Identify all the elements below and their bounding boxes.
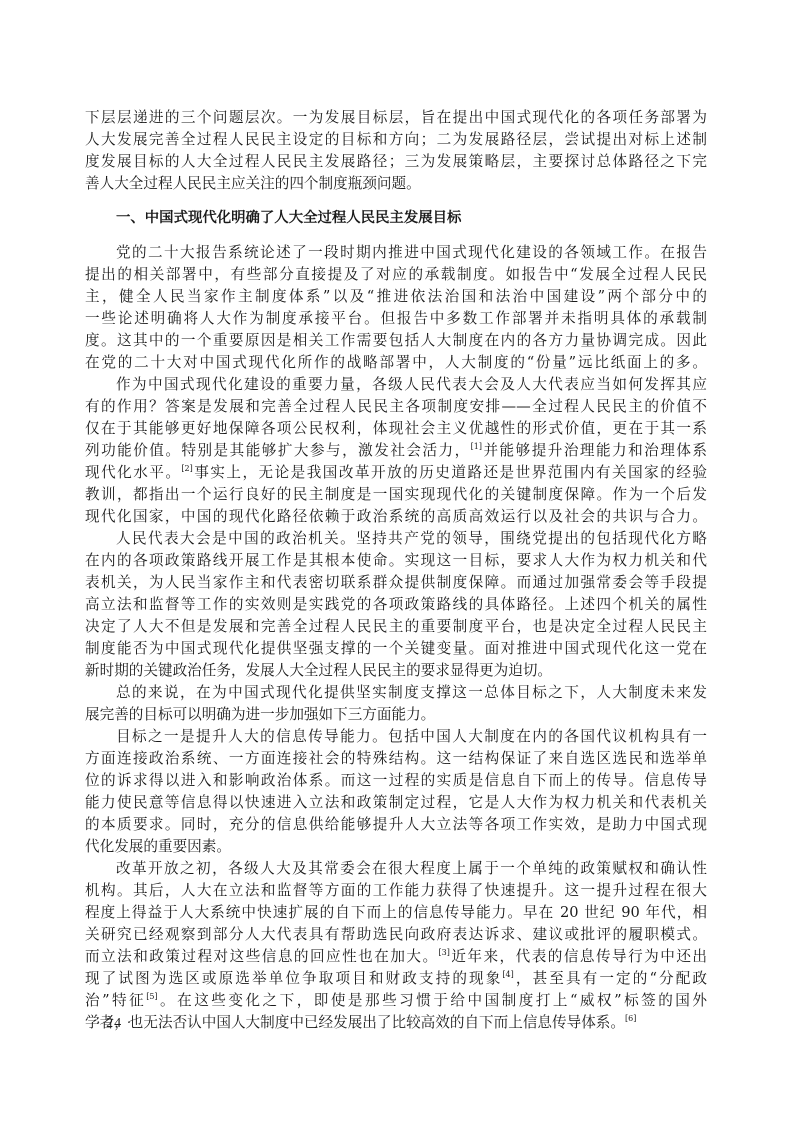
footnote-ref[interactable]: [4]: [502, 970, 513, 979]
text-line: 现了试图为选区或原选举单位争取项目和财政支持的现象[4]，甚至具有一定的“分配政: [85, 968, 707, 990]
text-line: 人民代表大会是中国的政治机关。坚持共产党的领导，围绕党提出的包括现代化方略: [85, 528, 707, 550]
text-line: 位的诉求得以进入和影响政治体系。而这一过程的实质是信息自下而上的传导。信息传导: [85, 770, 707, 792]
text-line: 度发展目标的人大全过程人民民主发展路径；三为发展策略层，主要探讨总体路径之下完: [85, 151, 707, 173]
text-line: 下层层递进的三个问题层次。一为发展目标层，旨在提出中国式现代化的各项任务部署为: [85, 107, 707, 129]
text-line: 展完善的目标可以明确为进一步加强如下三方面能力。: [85, 704, 707, 726]
footnote-ref[interactable]: [1]: [471, 442, 482, 451]
text-line: 一些论述明确将人大作为制度承接平台。但报告中多数工作部署并未指明具体的承载制: [85, 308, 707, 330]
text-line: 人大发展完善全过程人民民主设定的目标和方向；二为发展路径层，尝试提出对标上述制: [85, 129, 707, 151]
text-segment: 学者，也无法否认中国人大制度中已经发展出了比较高效的自下而上信息传导体系。: [85, 1014, 625, 1031]
text-segment: 治”特征: [85, 992, 146, 1009]
footnote-ref[interactable]: [2]: [181, 464, 192, 473]
paragraph: 总的来说，在为中国式现代化提供坚实制度支撑这一总体目标之下，人大制度未来发 展完…: [85, 682, 707, 726]
intro-paragraph: 下层层递进的三个问题层次。一为发展目标层，旨在提出中国式现代化的各项任务部署为 …: [85, 107, 707, 195]
text-line: 主，健全人民当家作主制度体系”以及“推进依法治国和法治中国建设”两个部分中的: [85, 286, 707, 308]
text-line: 代化发展的重要因素。: [85, 836, 707, 858]
text-line: 能力使民意等信息得以快速进入立法和政策制定过程，它是人大作为权力机关和代表机关: [85, 792, 707, 814]
paragraph: 人民代表大会是中国的政治机关。坚持共产党的领导，围绕党提出的包括现代化方略 在内…: [85, 528, 707, 682]
text-line: 目标之一是提升人大的信息传导能力。包括中国人大制度在内的各国代议机构具有一: [85, 726, 707, 748]
text-segment: 并能够提升治理能力和治理体系: [482, 442, 707, 459]
text-segment: 而立法和政策过程对这些信息的回应性也在加大。: [85, 948, 439, 965]
text-segment: 近年来，代表的信息传导行为中还出: [450, 948, 707, 965]
text-segment: 。在这些变化之下，即使是那些习惯于给中国制度打上“威权”标签的国外: [158, 992, 707, 1009]
text-segment: ，甚至具有一定的“分配政: [514, 970, 707, 987]
text-line: 提出的相关部署中，有些部分直接提及了对应的承载制度。如报告中“发展全过程人民民: [85, 264, 707, 286]
text-line: 列功能价值。特别是其能够扩大参与，激发社会活力，[1]并能够提升治理能力和治理体…: [85, 440, 707, 462]
text-line: 关研究已经观察到部分人大代表具有帮助选民向政府表达诉求、建议或批评的履职模式。: [85, 924, 707, 946]
text-line: 表机关，为人民当家作主和代表密切联系群众提供制度保障。而通过加强常委会等手段提: [85, 572, 707, 594]
text-segment: 现代化水平。: [85, 464, 181, 481]
text-line: 制度能否为中国式现代化提供坚强支撑的一个关键变量。面对推进中国式现代化这一党在: [85, 638, 707, 660]
text-line: 高立法和监督等工作的实效则是实践党的各项政策路线的具体路径。上述四个机关的属性: [85, 594, 707, 616]
footnote-ref[interactable]: [5]: [146, 992, 157, 1001]
text-line: 作为中国式现代化建设的重要力量，各级人民代表大会及人大代表应当如何发挥其应: [85, 374, 707, 396]
text-line: 度。这其中的一个重要原因是相关工作需要包括人大制度在内的各方力量协调完成。因此: [85, 330, 707, 352]
footnote-ref[interactable]: [3]: [439, 948, 450, 957]
text-line: 新时期的关键政治任务，发展人大全过程人民民主的要求显得更为迫切。: [85, 660, 707, 682]
paragraph: 党的二十大报告系统论述了一段时期内推进中国式现代化建设的各领域工作。在报告 提出…: [85, 242, 707, 374]
text-line: 在党的二十大对中国式现代化所作的战略部署中，人大制度的“份量”远比纸面上的多。: [85, 352, 707, 374]
text-segment: 事实上，无论是我国改革开放的历史道路还是世界范围内有关国家的经验: [193, 464, 707, 481]
text-line: 现代化水平。[2]事实上，无论是我国改革开放的历史道路还是世界范围内有关国家的经…: [85, 462, 707, 484]
text-segment: 列功能价值。特别是其能够扩大参与，激发社会活力，: [85, 442, 471, 459]
section-heading: 一、中国式现代化明确了人大全过程人民民主发展目标: [85, 207, 707, 229]
text-line: 现代化国家，中国的现代化路径依赖于政治系统的高质高效运行以及社会的共识与合力。: [85, 506, 707, 528]
text-line: 总的来说，在为中国式现代化提供坚实制度支撑这一总体目标之下，人大制度未来发: [85, 682, 707, 704]
text-line: 仅在于其能够更好地保障各项公民权利，体现社会主义优越性的形式价值，更在于其一系: [85, 418, 707, 440]
text-line: 而立法和政策过程对这些信息的回应性也在加大。[3]近年来，代表的信息传导行为中还…: [85, 946, 707, 968]
text-line: 学者，也无法否认中国人大制度中已经发展出了比较高效的自下而上信息传导体系。[6]: [85, 1012, 707, 1034]
article-body: 下层层递进的三个问题层次。一为发展目标层，旨在提出中国式现代化的各项任务部署为 …: [85, 107, 707, 1034]
text-line: 机构。其后，人大在立法和监督等方面的工作能力获得了快速提升。这一提升过程在很大: [85, 880, 707, 902]
paragraph: 目标之一是提升人大的信息传导能力。包括中国人大制度在内的各国代议机构具有一 方面…: [85, 726, 707, 858]
text-line: 党的二十大报告系统论述了一段时期内推进中国式现代化建设的各领域工作。在报告: [85, 242, 707, 264]
text-segment: 现了试图为选区或原选举单位争取项目和财政支持的现象: [85, 970, 502, 987]
text-line: 的本质要求。同时，充分的信息供给能够提升人大立法等各项工作实效，是助力中国式现: [85, 814, 707, 836]
text-line: 有的作用？答案是发展和完善全过程人民民主各项制度安排——全过程人民民主的价值不: [85, 396, 707, 418]
text-line: 治”特征[5]。在这些变化之下，即使是那些习惯于给中国制度打上“威权”标签的国外: [85, 990, 707, 1012]
text-line: 教训，都指出一个运行良好的民主制度是一国实现现代化的关键制度保障。作为一个后发: [85, 484, 707, 506]
paragraph: 作为中国式现代化建设的重要力量，各级人民代表大会及人大代表应当如何发挥其应 有的…: [85, 374, 707, 528]
text-line: 在内的各项政策路线开展工作是其根本使命。实现这一目标，要求人大作为权力机关和代: [85, 550, 707, 572]
text-line: 决定了人大不但是发展和完善全过程人民民主的重要制度平台，也是决定全过程人民民主: [85, 616, 707, 638]
paragraph: 改革开放之初，各级人大及其常委会在很大程度上属于一个单纯的政策赋权和确认性 机构…: [85, 858, 707, 1034]
text-line: 善人大全过程人民民主应关注的四个制度瓶颈问题。: [85, 173, 707, 195]
footnote-ref[interactable]: [6]: [625, 1014, 636, 1023]
page-number: · 24 ·: [96, 1016, 132, 1032]
text-line: 方面连接政治系统、一方面连接社会的特殊结构。这一结构保证了来自选区选民和选举单: [85, 748, 707, 770]
text-line: 改革开放之初，各级人大及其常委会在很大程度上属于一个单纯的政策赋权和确认性: [85, 858, 707, 880]
text-line: 程度上得益于人大系统中快速扩展的自下而上的信息传导能力。早在 20 世纪 90 …: [85, 902, 707, 924]
